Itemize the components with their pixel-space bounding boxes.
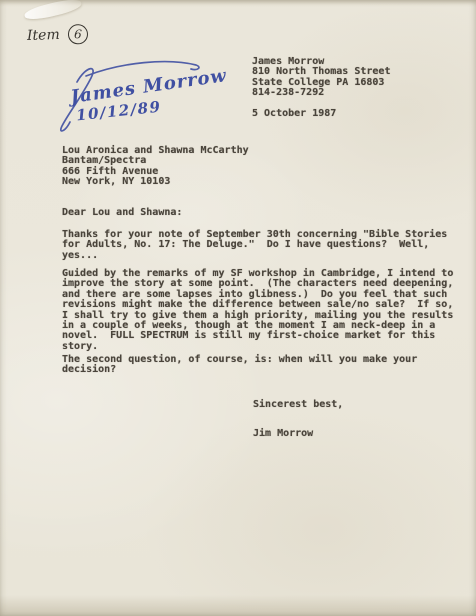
recipient-address-block: Lou Aronica and Shawna McCarthy Bantam/S… [62, 146, 249, 188]
typed-signature-name: Jim Morrow [253, 429, 313, 439]
body-paragraph-3: The second question, of course, is: when… [62, 355, 417, 376]
item-number-circle: 6 [67, 24, 88, 45]
body-paragraph-2: Guided by the remarks of my SF workshop … [62, 269, 453, 352]
item-label-text: Item [27, 27, 60, 44]
item-number-text: 6 [73, 27, 82, 41]
paper-crease-mark [23, 0, 82, 22]
item-number-annotation: Item 6 [27, 24, 88, 46]
letter-date: 5 October 1987 [252, 109, 336, 119]
scanned-letter-page: Item 6 James Morrow 10/12/89 James Morro… [0, 0, 476, 616]
salutation: Dear Lou and Shawna: [62, 208, 182, 218]
handwritten-signature: James Morrow 10/12/89 [50, 56, 220, 142]
sender-address-block: James Morrow 810 North Thomas Street Sta… [252, 57, 390, 99]
closing-line: Sincerest best, [253, 400, 343, 410]
body-paragraph-1: Thanks for your note of September 30th c… [62, 230, 447, 261]
